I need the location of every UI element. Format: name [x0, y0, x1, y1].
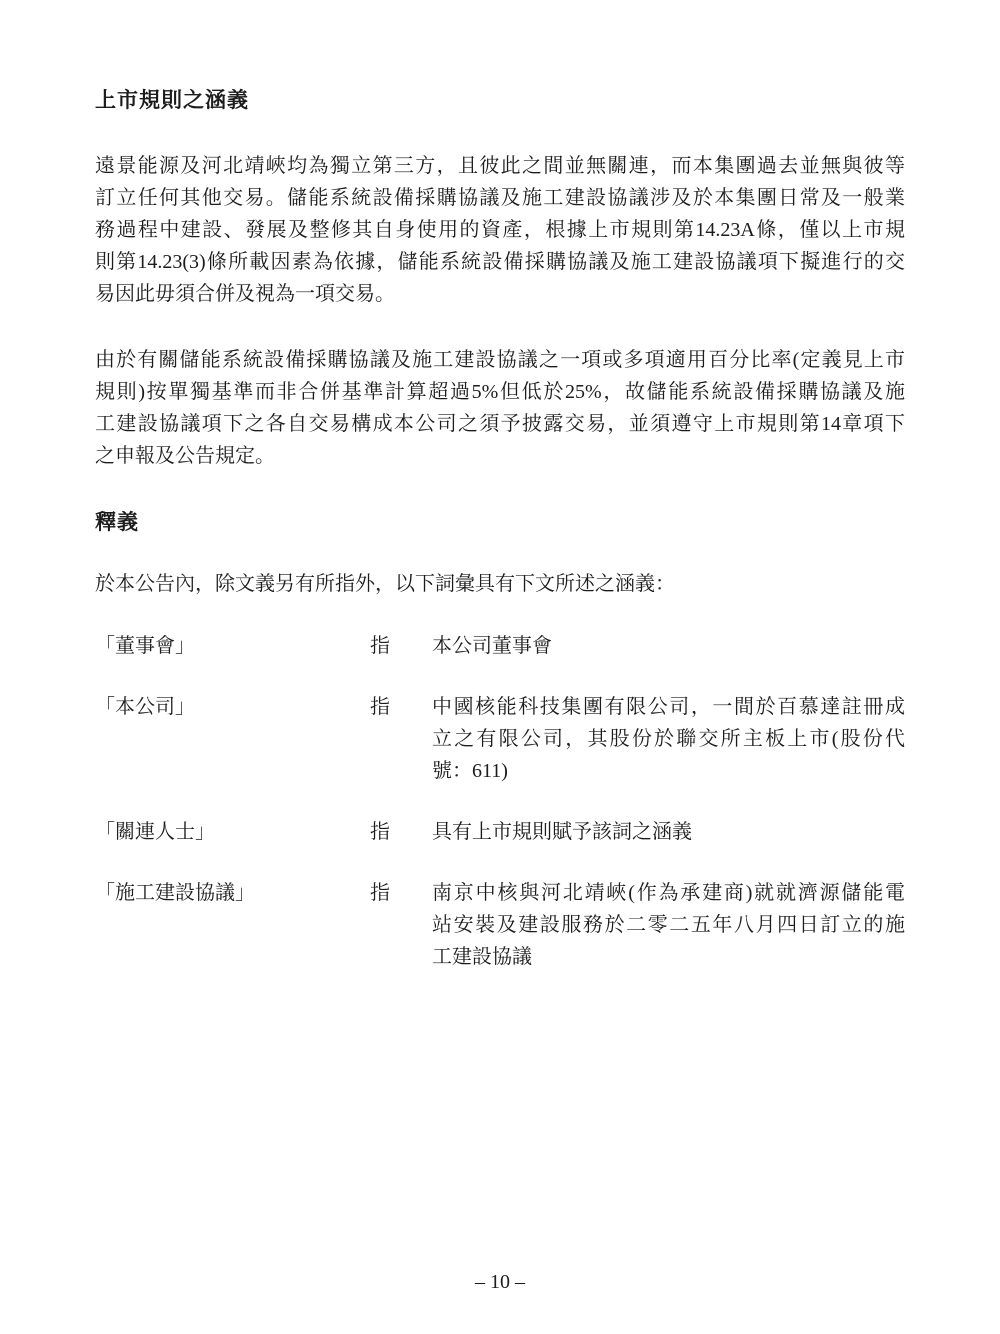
definition-text: 中國核能科技集團有限公司，一間於百慕達註冊成 立之有限公司，其股份於聯交所主板上… — [432, 691, 905, 787]
definition-text: 南京中核與河北靖峽(作為承建商)就就濟源儲能電 站安裝及建設服務於二零二五年八月… — [432, 877, 905, 973]
paragraph: 遠景能源及河北靖峽均為獨立第三方，且彼此之間並無關連，而本集團過去並無與彼等 訂… — [95, 150, 905, 310]
definition-indicator: 指 — [370, 877, 432, 909]
page-content: 上市規則之涵義 遠景能源及河北靖峽均為獨立第三方，且彼此之間並無關連，而本集團過… — [95, 0, 905, 1002]
paragraph: 由於有關儲能系統設備採購協議及施工建設協議之一項或多項適用百分比率(定義見上市 … — [95, 344, 905, 472]
text-line: 工建設協議 — [432, 941, 905, 973]
text-line: 立之有限公司，其股份於聯交所主板上市(股份代 — [432, 723, 905, 755]
text-line: 中國核能科技集團有限公司，一間於百慕達註冊成 — [432, 691, 905, 723]
definition-term: 「本公司」 — [95, 691, 370, 723]
text-line: 具有上市規則賦予該詞之涵義 — [432, 816, 905, 848]
definition-row: 「關連人士」 指 具有上市規則賦予該詞之涵義 — [95, 816, 905, 848]
text-line: 本公司董事會 — [432, 630, 905, 662]
text-line: 規則)按單獨基準而非合併基準計算超過5%但低於25%，故儲能系統設備採購協議及施 — [95, 376, 905, 408]
definition-row: 「本公司」 指 中國核能科技集團有限公司，一間於百慕達註冊成 立之有限公司，其股… — [95, 691, 905, 787]
definition-term: 「關連人士」 — [95, 816, 370, 848]
document-page: 上市規則之涵義 遠景能源及河北靖峽均為獨立第三方，且彼此之間並無關連，而本集團過… — [0, 0, 1000, 1334]
text-line: 則第14.23(3)條所載因素為依據，儲能系統設備採購協議及施工建設協議項下擬進… — [95, 246, 905, 278]
page-number: – 10 – — [0, 1266, 1000, 1298]
definition-list: 「董事會」 指 本公司董事會 「本公司」 指 中國核能科技集團有限公司，一間於百… — [95, 630, 905, 973]
text-line: 工建設協議項下之各自交易構成本公司之須予披露交易，並須遵守上市規則第14章項下 — [95, 408, 905, 440]
section-definitions: 釋義 於本公告內，除文義另有所指外，以下詞彙具有下文所述之涵義： 「董事會」 指… — [95, 506, 905, 973]
text-line: 訂立任何其他交易。儲能系統設備採購協議及施工建設協議涉及於本集團日常及一般業 — [95, 182, 905, 214]
definition-term: 「董事會」 — [95, 630, 370, 662]
definition-term: 「施工建設協議」 — [95, 877, 370, 909]
text-line: 站安裝及建設服務於二零二五年八月四日訂立的施 — [432, 909, 905, 941]
definition-text: 本公司董事會 — [432, 630, 905, 662]
definition-text: 具有上市規則賦予該詞之涵義 — [432, 816, 905, 848]
text-line: 號：611) — [432, 755, 905, 787]
definition-indicator: 指 — [370, 816, 432, 848]
definition-indicator: 指 — [370, 630, 432, 662]
definitions-intro: 於本公告內，除文義另有所指外，以下詞彙具有下文所述之涵義： — [95, 568, 905, 600]
section-heading: 上市規則之涵義 — [95, 84, 905, 116]
text-line: 易因此毋須合併及視為一項交易。 — [95, 278, 905, 310]
text-line: 務過程中建設、發展及整修其自身使用的資產，根據上市規則第14.23A條，僅以上市… — [95, 214, 905, 246]
definition-indicator: 指 — [370, 691, 432, 723]
text-line: 由於有關儲能系統設備採購協議及施工建設協議之一項或多項適用百分比率(定義見上市 — [95, 344, 905, 376]
section-listing-rules: 上市規則之涵義 遠景能源及河北靖峽均為獨立第三方，且彼此之間並無關連，而本集團過… — [95, 84, 905, 472]
definition-row: 「施工建設協議」 指 南京中核與河北靖峽(作為承建商)就就濟源儲能電 站安裝及建… — [95, 877, 905, 973]
definition-row: 「董事會」 指 本公司董事會 — [95, 630, 905, 662]
section-heading: 釋義 — [95, 506, 905, 538]
text-line: 之申報及公告規定。 — [95, 440, 905, 472]
text-line: 南京中核與河北靖峽(作為承建商)就就濟源儲能電 — [432, 877, 905, 909]
text-line: 遠景能源及河北靖峽均為獨立第三方，且彼此之間並無關連，而本集團過去並無與彼等 — [95, 150, 905, 182]
